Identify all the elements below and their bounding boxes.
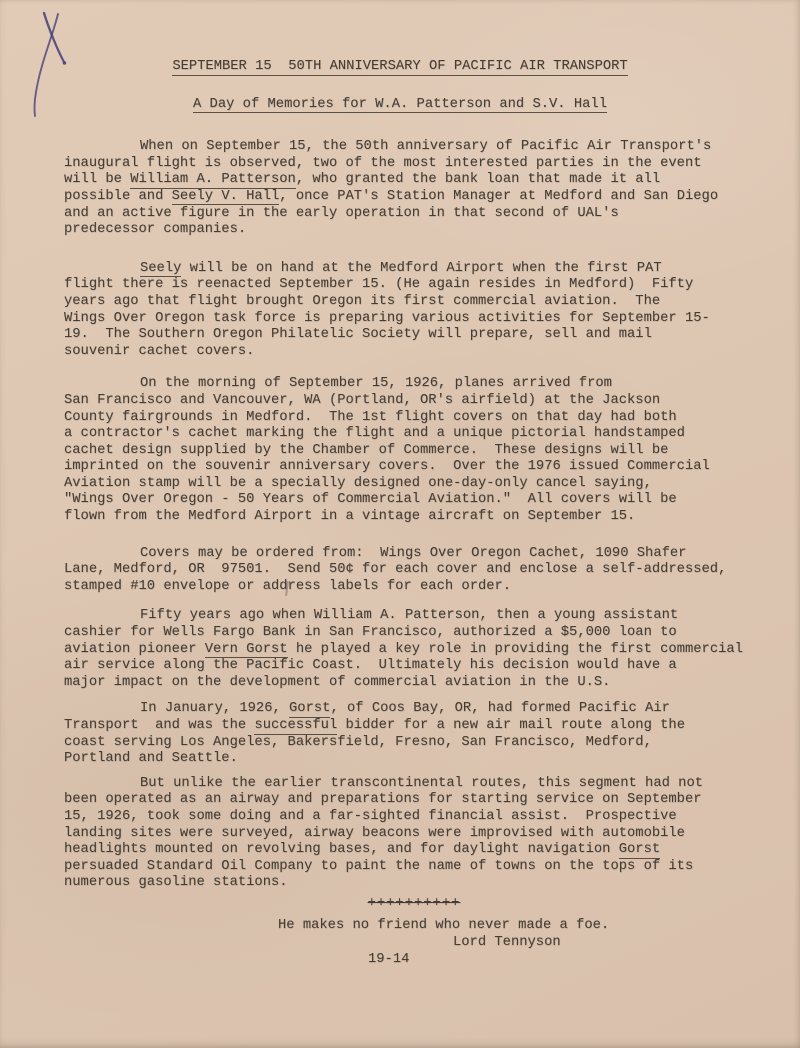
paragraph: When on September 15, the 50th anniversa…: [64, 139, 764, 239]
text-line: When on September 15, the 50th anniversa…: [64, 139, 764, 156]
text-line: San Francisco and Vancouver, WA (Portlan…: [64, 393, 764, 410]
text-line: flight there is reenacted September 15. …: [64, 277, 764, 294]
text-line: souvenir cachet covers.: [64, 344, 764, 361]
page-number: 19-14: [64, 952, 800, 969]
text-line: On the morning of September 15, 1926, pl…: [64, 376, 764, 393]
text-line: inaugural flight is observed, two of the…: [64, 156, 764, 173]
text-line: coast serving Los Angeles, Bakersfield, …: [64, 735, 764, 752]
text-line: stamped #10 envelope or address labels f…: [64, 579, 764, 596]
document-title: SEPTEMBER 15 50TH ANNIVERSARY OF PACIFIC…: [172, 59, 627, 76]
quote-text: He makes no friend who never made a foe.: [64, 918, 800, 935]
text-line: been operated as an airway and preparati…: [64, 792, 764, 809]
text-line: major impact on the development of comme…: [64, 675, 764, 692]
text-line: Transport and was the successful bidder …: [64, 718, 764, 735]
text-line: Lane, Medford, OR 97501. Send 50¢ for ea…: [64, 562, 764, 579]
text-line: But unlike the earlier transcontinental …: [64, 776, 764, 793]
typed-divider: ++++++++++: [64, 896, 764, 913]
text-line: and an active figure in the early operat…: [64, 206, 764, 223]
text-line: headlights mounted on revolving bases, a…: [64, 842, 764, 859]
paragraph: Fifty years ago when William A. Patterso…: [64, 608, 764, 691]
paragraph: Seely will be on hand at the Medford Air…: [64, 261, 764, 361]
document-body: When on September 15, the 50th anniversa…: [64, 139, 764, 892]
paragraph: Covers may be ordered from: Wings Over O…: [64, 546, 764, 596]
text-line: air service along the Pacific Coast. Ult…: [64, 658, 764, 675]
text-line: County fairgrounds in Medford. The 1st f…: [64, 410, 764, 427]
scanned-document-page: SEPTEMBER 15 50TH ANNIVERSARY OF PACIFIC…: [0, 0, 800, 1048]
text-line: cashier for Wells Fargo Bank in San Fran…: [64, 625, 764, 642]
paragraph: In January, 1926, Gorst, of Coos Bay, OR…: [64, 701, 764, 767]
text-line: cachet design supplied by the Chamber of…: [64, 443, 764, 460]
document-subtitle: A Day of Memories for W.A. Patterson and…: [193, 97, 607, 114]
text-line: will be William A. Patterson, who grante…: [64, 172, 764, 189]
text-line: aviation pioneer Vern Gorst he played a …: [64, 642, 764, 659]
text-line: landing sites were surveyed, airway beac…: [64, 826, 764, 843]
text-line: 19. The Southern Oregon Philatelic Socie…: [64, 327, 764, 344]
text-line: 15, 1926, took some doing and a far-sigh…: [64, 809, 764, 826]
text-line: flown from the Medford Airport in a vint…: [64, 509, 764, 526]
text-line: Aviation stamp will be a specially desig…: [64, 476, 764, 493]
text-line: In January, 1926, Gorst, of Coos Bay, OR…: [64, 701, 764, 718]
text-line: a contractor's cachet marking the flight…: [64, 426, 764, 443]
text-line: Fifty years ago when William A. Patterso…: [64, 608, 764, 625]
text-line: persuaded Standard Oil Company to paint …: [64, 859, 764, 876]
text-line: years ago that flight brought Oregon its…: [64, 294, 764, 311]
text-line: imprinted on the souvenir anniversary co…: [64, 459, 764, 476]
text-line: Covers may be ordered from: Wings Over O…: [64, 546, 764, 563]
text-line: numerous gasoline stations.: [64, 875, 764, 892]
paragraph: But unlike the earlier transcontinental …: [64, 776, 764, 892]
text-line: possible and Seely V. Hall, once PAT's S…: [64, 189, 764, 206]
text-line: predecessor companies.: [64, 222, 764, 239]
text-line: Wings Over Oregon task force is preparin…: [64, 311, 764, 328]
text-line: Seely will be on hand at the Medford Air…: [64, 261, 764, 278]
quote-attribution: Lord Tennyson: [64, 935, 800, 952]
text-line: Portland and Seattle.: [64, 751, 764, 768]
paragraph: On the morning of September 15, 1926, pl…: [64, 376, 764, 525]
text-line: "Wings Over Oregon - 50 Years of Commerc…: [64, 492, 764, 509]
